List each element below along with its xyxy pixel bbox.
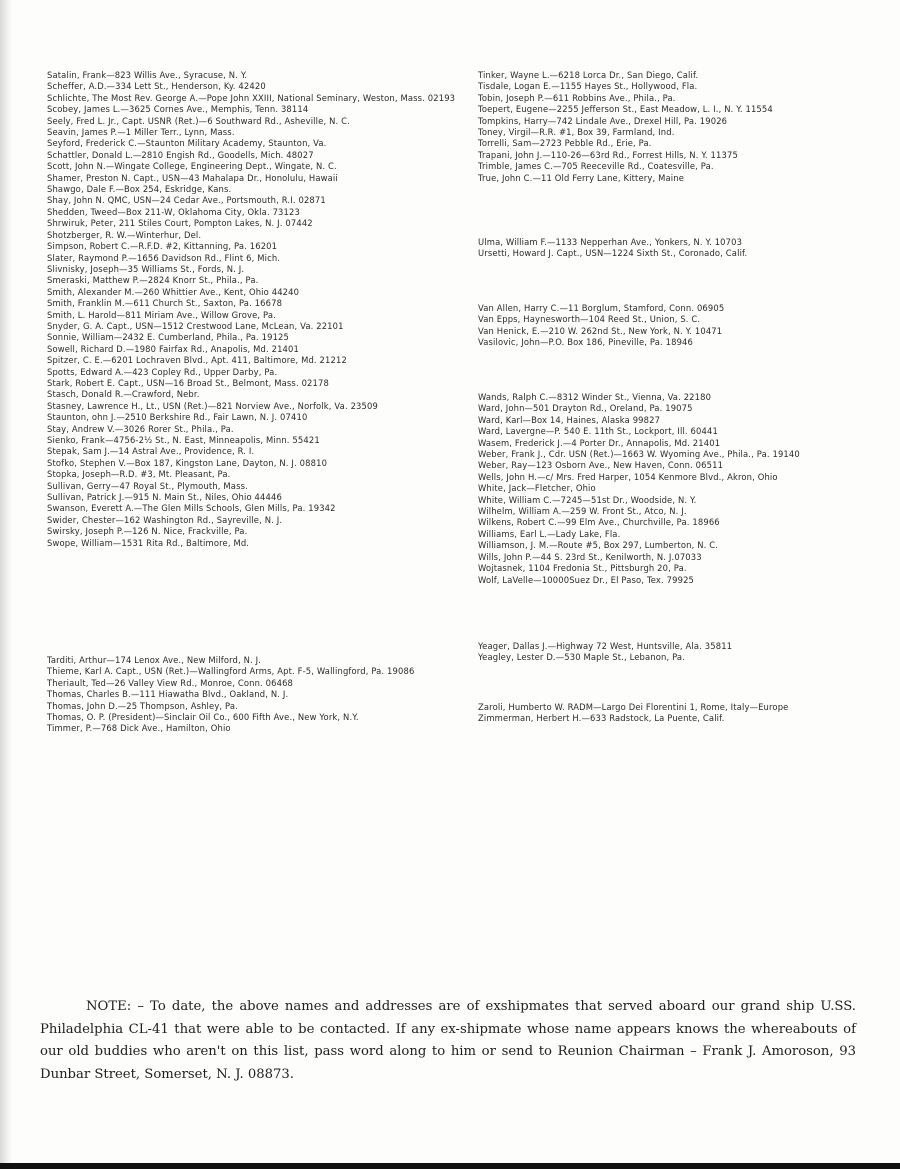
roster-entry: Sullivan, Gerry—47 Royal St., Plymouth, … [47, 481, 467, 492]
roster-entry: Trimble, James C.—705 Reeceville Rd., Co… [478, 161, 898, 172]
roster-entry: Yeagley, Lester D.—530 Maple St., Lebano… [478, 652, 898, 663]
roster-entry: Shay, John N. QMC, USN—24 Cedar Ave., Po… [47, 195, 467, 206]
roster-entry: Shamer, Preston N. Capt., USN—43 Mahalap… [47, 173, 467, 184]
roster-entry: Van Henick, E.—210 W. 262nd St., New Yor… [478, 326, 898, 337]
roster-entry: Scobey, James L.—3625 Cornes Ave., Memph… [47, 104, 467, 115]
roster-entry: Wands, Ralph C.—8312 Winder St., Vienna,… [478, 392, 898, 403]
roster-entry: Ward, Karl—Box 14, Haines, Alaska 99827 [478, 415, 898, 426]
roster-entry: Vasilovic, John—P.O. Box 186, Pineville,… [478, 337, 898, 348]
roster-group-y: Yeager, Dallas J.—Highway 72 West, Hunts… [478, 641, 898, 664]
roster-entry: Satalin, Frank—823 Willis Ave., Syracuse… [47, 70, 467, 81]
roster-entry: Stopka, Joseph—R.D. #3, Mt. Pleasant, Pa… [47, 469, 467, 480]
roster-entry: Spitzer, C. E.—6201 Lochraven Blvd., Apt… [47, 355, 467, 366]
roster-group-u: Ulma, William F.—1133 Nepperhan Ave., Yo… [478, 237, 898, 260]
roster-entry: Swider, Chester—162 Washington Rd., Sayr… [47, 515, 467, 526]
roster-entry: Van Allen, Harry C.—11 Borglum, Stamford… [478, 303, 898, 314]
roster-entry: Tisdale, Logan E.—1155 Hayes St., Hollyw… [478, 81, 898, 92]
roster-entry: Sullivan, Patrick J.—915 N. Main St., Ni… [47, 492, 467, 503]
roster-entry: Shotzberger, R. W.—Winterhur, Del. [47, 230, 467, 241]
roster-entry: Stay, Andrew V.—3026 Rorer St., Phila., … [47, 424, 467, 435]
roster-entry: Wojtasnek, 1104 Fredonia St., Pittsburgh… [478, 563, 898, 574]
roster-entry: Wolf, LaVelle—10000Suez Dr., El Paso, Te… [478, 575, 898, 586]
roster-entry: Thomas, John D.—25 Thompson, Ashley, Pa. [47, 701, 467, 712]
roster-entry: Shawgo, Dale F.—Box 254, Eskridge, Kans. [47, 184, 467, 195]
roster-entry: Trapani, John J.—110-26—63rd Rd., Forres… [478, 150, 898, 161]
roster-entry: Stofko, Stephen V.—Box 187, Kingston Lan… [47, 458, 467, 469]
roster-entry: Scheffer, A.D.—334 Lett St., Henderson, … [47, 81, 467, 92]
roster-entry: Shrwiruk, Peter, 211 Stiles Court, Pompt… [47, 218, 467, 229]
roster-entry: Toepert, Eugene—2255 Jefferson St., East… [478, 104, 898, 115]
roster-entry: Tarditi, Arthur—174 Lenox Ave., New Milf… [47, 655, 467, 666]
roster-entry: Tobin, Joseph P.—611 Robbins Ave., Phila… [478, 93, 898, 104]
roster-group-t: Tarditi, Arthur—174 Lenox Ave., New Milf… [47, 655, 467, 735]
roster-entry: Seely, Fred L. Jr., Capt. USNR (Ret.)—6 … [47, 116, 467, 127]
roster-group-z: Zaroli, Humberto W. RADM—Largo Dei Flore… [478, 702, 898, 725]
roster-entry: Tompkins, Harry—742 Lindale Ave., Drexel… [478, 116, 898, 127]
roster-entry: Snyder, G. A. Capt., USN—1512 Crestwood … [47, 321, 467, 332]
roster-entry: Toney, Virgil—R.R. #1, Box 39, Farmland,… [478, 127, 898, 138]
note-text: NOTE: – To date, the above names and add… [40, 999, 856, 1082]
roster-entry: Schlichte, The Most Rev. George A.—Pope … [47, 93, 467, 104]
roster-entry: Zaroli, Humberto W. RADM—Largo Dei Flore… [478, 702, 898, 713]
roster-entry: Ward, Lavergne—P. 540 E. 11th St., Lockp… [478, 426, 898, 437]
roster-entry: Smith, Franklin M.—611 Church St., Saxto… [47, 298, 467, 309]
roster-entry: White, Jack—Fletcher, Ohio [478, 483, 898, 494]
roster-entry: Theriault, Ted—26 Valley View Rd., Monro… [47, 678, 467, 689]
roster-entry: Ursetti, Howard J. Capt., USN—1224 Sixth… [478, 248, 898, 259]
roster-entry: Wilkens, Robert C.—99 Elm Ave., Churchvi… [478, 517, 898, 528]
roster-entry: Swanson, Everett A.—The Glen Mills Schoo… [47, 503, 467, 514]
roster-entry: Yeager, Dallas J.—Highway 72 West, Hunts… [478, 641, 898, 652]
roster-entry: Smith, Alexander M.—260 Whittier Ave., K… [47, 287, 467, 298]
roster-entry: Schattler, Donald L.—2810 Engish Rd., Go… [47, 150, 467, 161]
roster-entry: Swirsky, Joseph P.—126 N. Nice, Frackvil… [47, 526, 467, 537]
roster-entry: Wilhelm, William A.—259 W. Front St., At… [478, 506, 898, 517]
reunion-note: NOTE: – To date, the above names and add… [40, 996, 856, 1086]
roster-entry: Shedden, Tweed—Box 211-W, Oklahoma City,… [47, 207, 467, 218]
roster-entry: Slivnisky, Joseph—35 Williams St., Fords… [47, 264, 467, 275]
roster-entry: Ulma, William F.—1133 Nepperhan Ave., Yo… [478, 237, 898, 248]
roster-entry: Smeraski, Matthew P.—2824 Knorr St., Phi… [47, 275, 467, 286]
roster-entry: White, William C.—7245—51st Dr., Woodsid… [478, 495, 898, 506]
roster-entry: Thomas, Charles B.—111 Hiawatha Blvd., O… [47, 689, 467, 700]
roster-entry: Thomas, O. P. (President)—Sinclair Oil C… [47, 712, 467, 723]
roster-entry: Sienko, Frank—4756-2½ St., N. East, Minn… [47, 435, 467, 446]
roster-entry: Spotts, Edward A.—423 Copley Rd., Upper … [47, 367, 467, 378]
roster-entry: Stark, Robert E. Capt., USN—16 Broad St.… [47, 378, 467, 389]
roster-group-s: Satalin, Frank—823 Willis Ave., Syracuse… [47, 70, 467, 549]
roster-entry: Tinker, Wayne L.—6218 Lorca Dr., San Die… [478, 70, 898, 81]
roster-entry: Weber, Ray—123 Osborn Ave., New Haven, C… [478, 460, 898, 471]
roster-entry: Thieme, Karl A. Capt., USN (Ret.)—Wallin… [47, 666, 467, 677]
roster-entry: Simpson, Robert C.—R.F.D. #2, Kittanning… [47, 241, 467, 252]
roster-entry: Wasem, Frederick J.—4 Porter Dr., Annapo… [478, 438, 898, 449]
roster-entry: Sowell, Richard D.—1980 Fairfax Rd., Ana… [47, 344, 467, 355]
roster-entry: Timmer, P.—768 Dick Ave., Hamilton, Ohio [47, 723, 467, 734]
roster-group-w: Wands, Ralph C.—8312 Winder St., Vienna,… [478, 392, 898, 586]
roster-entry: Scott, John N.—Wingate College, Engineer… [47, 161, 467, 172]
roster-entry: Stasch, Donald R.—Crawford, Nebr. [47, 389, 467, 400]
roster-entry: Ward, John—501 Drayton Rd., Oreland, Pa.… [478, 403, 898, 414]
roster-group-v: Van Allen, Harry C.—11 Borglum, Stamford… [478, 303, 898, 349]
roster-entry: Weber, Frank J., Cdr. USN (Ret.)—1663 W.… [478, 449, 898, 460]
roster-entry: Seavin, James P.—1 Miller Terr., Lynn, M… [47, 127, 467, 138]
roster-entry: Torrelli, Sam—2723 Pebble Rd., Erie, Pa. [478, 138, 898, 149]
roster-entry: Staunton, ohn J.—2510 Berkshire Rd., Fai… [47, 412, 467, 423]
roster-group-t-cont: Tinker, Wayne L.—6218 Lorca Dr., San Die… [478, 70, 898, 184]
page-scan-edge [0, 0, 12, 1169]
roster-entry: Sonnie, William—2432 E. Cumberland, Phil… [47, 332, 467, 343]
roster-entry: Smith, L. Harold—811 Miriam Ave., Willow… [47, 310, 467, 321]
roster-entry: Seyford, Frederick C.—Staunton Military … [47, 138, 467, 149]
roster-entry: Zimmerman, Herbert H.—633 Radstock, La P… [478, 713, 898, 724]
roster-entry: Williamson, J. M.—Route #5, Box 297, Lum… [478, 540, 898, 551]
roster-entry: Stepak, Sam J.—14 Astral Ave., Providenc… [47, 446, 467, 457]
roster-entry: Slater, Raymond P.—1656 Davidson Rd., Fl… [47, 253, 467, 264]
roster-entry: Van Epps, Haynesworth—104 Reed St., Unio… [478, 314, 898, 325]
roster-entry: Wells, John H.—c/ Mrs. Fred Harper, 1054… [478, 472, 898, 483]
roster-entry: True, John C.—11 Old Ferry Lane, Kittery… [478, 173, 898, 184]
page-bottom-edge [0, 1163, 900, 1169]
roster-entry: Williams, Earl L.—Lady Lake, Fla. [478, 529, 898, 540]
roster-entry: Swope, William—1531 Rita Rd., Baltimore,… [47, 538, 467, 549]
roster-entry: Stasney, Lawrence H., Lt., USN (Ret.)—82… [47, 401, 467, 412]
roster-entry: Wills, John P.—44 S. 23rd St., Kenilwort… [478, 552, 898, 563]
